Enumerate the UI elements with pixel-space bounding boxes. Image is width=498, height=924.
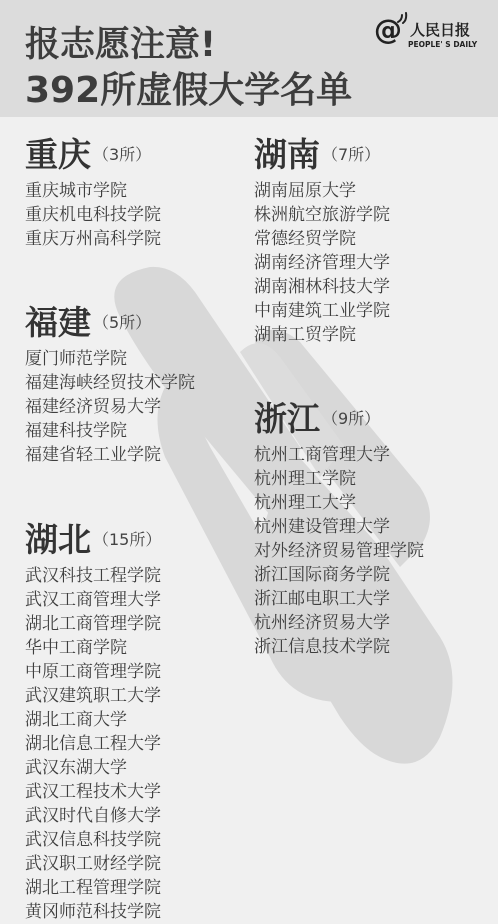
list-item: 湖北信息工程大学 xyxy=(25,732,161,756)
list-item: 湖北工程管理学院 xyxy=(25,876,161,900)
list-item: 重庆城市学院 xyxy=(25,179,161,203)
province-name: 湖北 xyxy=(25,520,91,559)
list-item: 湖南湘林科技大学 xyxy=(254,275,390,299)
list-item: 武汉工商管理大学 xyxy=(25,588,161,612)
list-item: 武汉工程技术大学 xyxy=(25,780,161,804)
list-item: 福建省轻工业学院 xyxy=(25,443,195,467)
list-item: 湖北工商管理学院 xyxy=(25,612,161,636)
list-item: 福建科技学院 xyxy=(25,419,195,443)
province-name: 浙江 xyxy=(254,399,320,438)
list-item: 武汉东湖大学 xyxy=(25,756,161,780)
school-count: （3所） xyxy=(93,145,151,164)
list-item: 重庆机电科技学院 xyxy=(25,203,161,227)
list-item: 常德经贸学院 xyxy=(254,227,390,251)
page-title-line-2: 392所虚假大学名单 xyxy=(25,71,352,111)
logo-name-cn: 人民日报 xyxy=(410,22,470,38)
list-item: 杭州工商管理大学 xyxy=(254,443,424,467)
list-item: 武汉职工财经学院 xyxy=(25,852,161,876)
list-item: 杭州经济贸易大学 xyxy=(254,611,424,635)
school-list: 厦门师范学院 福建海峡经贸技术学院 福建经济贸易大学 福建科技学院 福建省轻工业… xyxy=(25,347,195,467)
province-name: 重庆 xyxy=(25,135,91,174)
list-item: 浙江邮电职工大学 xyxy=(254,587,424,611)
school-count: （5所） xyxy=(93,313,151,332)
list-item: 杭州理工大学 xyxy=(254,491,424,515)
list-item: 黄冈师范科技学院 xyxy=(25,900,161,924)
province-name: 湖南 xyxy=(254,135,320,174)
list-item: 湖北工商大学 xyxy=(25,708,161,732)
province-name: 福建 xyxy=(25,303,91,342)
header-banner: 报志愿注意! 392所虚假大学名单 @ 人民日报 PEOPLE' S DAILY xyxy=(0,0,498,117)
section-chongqing: 重庆（3所） 重庆城市学院 重庆机电科技学院 重庆万州高科学院 xyxy=(25,135,161,251)
list-item: 厦门师范学院 xyxy=(25,347,195,371)
list-item: 华中工商学院 xyxy=(25,636,161,660)
school-count: （9所） xyxy=(322,409,380,428)
section-zhejiang: 浙江（9所） 杭州工商管理大学 杭州理工学院 杭州理工大学 杭州建设管理大学 对… xyxy=(254,399,424,659)
list-item: 湖南经济管理大学 xyxy=(254,251,390,275)
list-item: 杭州理工学院 xyxy=(254,467,424,491)
list-item: 福建经济贸易大学 xyxy=(25,395,195,419)
school-list: 重庆城市学院 重庆机电科技学院 重庆万州高科学院 xyxy=(25,179,161,251)
section-hubei: 湖北（15所） 武汉科技工程学院 武汉工商管理大学 湖北工商管理学院 华中工商学… xyxy=(25,520,161,924)
logo-name-en: PEOPLE' S DAILY xyxy=(408,40,477,49)
section-header: 湖南（7所） xyxy=(254,135,390,175)
school-list: 湖南屈原大学 株洲航空旅游学院 常德经贸学院 湖南经济管理大学 湖南湘林科技大学… xyxy=(254,179,390,347)
section-hunan: 湖南（7所） 湖南屈原大学 株洲航空旅游学院 常德经贸学院 湖南经济管理大学 湖… xyxy=(254,135,390,347)
list-item: 武汉建筑职工大学 xyxy=(25,684,161,708)
list-item: 武汉科技工程学院 xyxy=(25,564,161,588)
section-header: 浙江（9所） xyxy=(254,399,424,439)
list-item: 杭州建设管理大学 xyxy=(254,515,424,539)
list-item: 浙江信息技术学院 xyxy=(254,635,424,659)
list-item: 武汉信息科技学院 xyxy=(25,828,161,852)
list-item: 湖南屈原大学 xyxy=(254,179,390,203)
school-list: 杭州工商管理大学 杭州理工学院 杭州理工大学 杭州建设管理大学 对外经济贸易管理… xyxy=(254,443,424,659)
school-count: （7所） xyxy=(322,145,380,164)
list-item: 重庆万州高科学院 xyxy=(25,227,161,251)
list-item: 浙江国际商务学院 xyxy=(254,563,424,587)
section-header: 福建（5所） xyxy=(25,303,195,343)
list-item: 对外经济贸易管理学院 xyxy=(254,539,424,563)
section-fujian: 福建（5所） 厦门师范学院 福建海峡经贸技术学院 福建经济贸易大学 福建科技学院… xyxy=(25,303,195,467)
school-list: 武汉科技工程学院 武汉工商管理大学 湖北工商管理学院 华中工商学院 中原工商管理… xyxy=(25,564,161,924)
list-item: 中原工商管理学院 xyxy=(25,660,161,684)
list-item: 株洲航空旅游学院 xyxy=(254,203,390,227)
peoples-daily-logo: @ 人民日报 PEOPLE' S DAILY xyxy=(374,12,490,52)
list-item: 武汉时代自修大学 xyxy=(25,804,161,828)
section-header: 湖北（15所） xyxy=(25,520,161,560)
list-item: 中南建筑工业学院 xyxy=(254,299,390,323)
section-header: 重庆（3所） xyxy=(25,135,161,175)
list-item: 福建海峡经贸技术学院 xyxy=(25,371,195,395)
list-item: 湖南工贸学院 xyxy=(254,323,390,347)
school-count: （15所） xyxy=(93,530,161,549)
page-title-line-1: 报志愿注意! xyxy=(25,25,216,65)
